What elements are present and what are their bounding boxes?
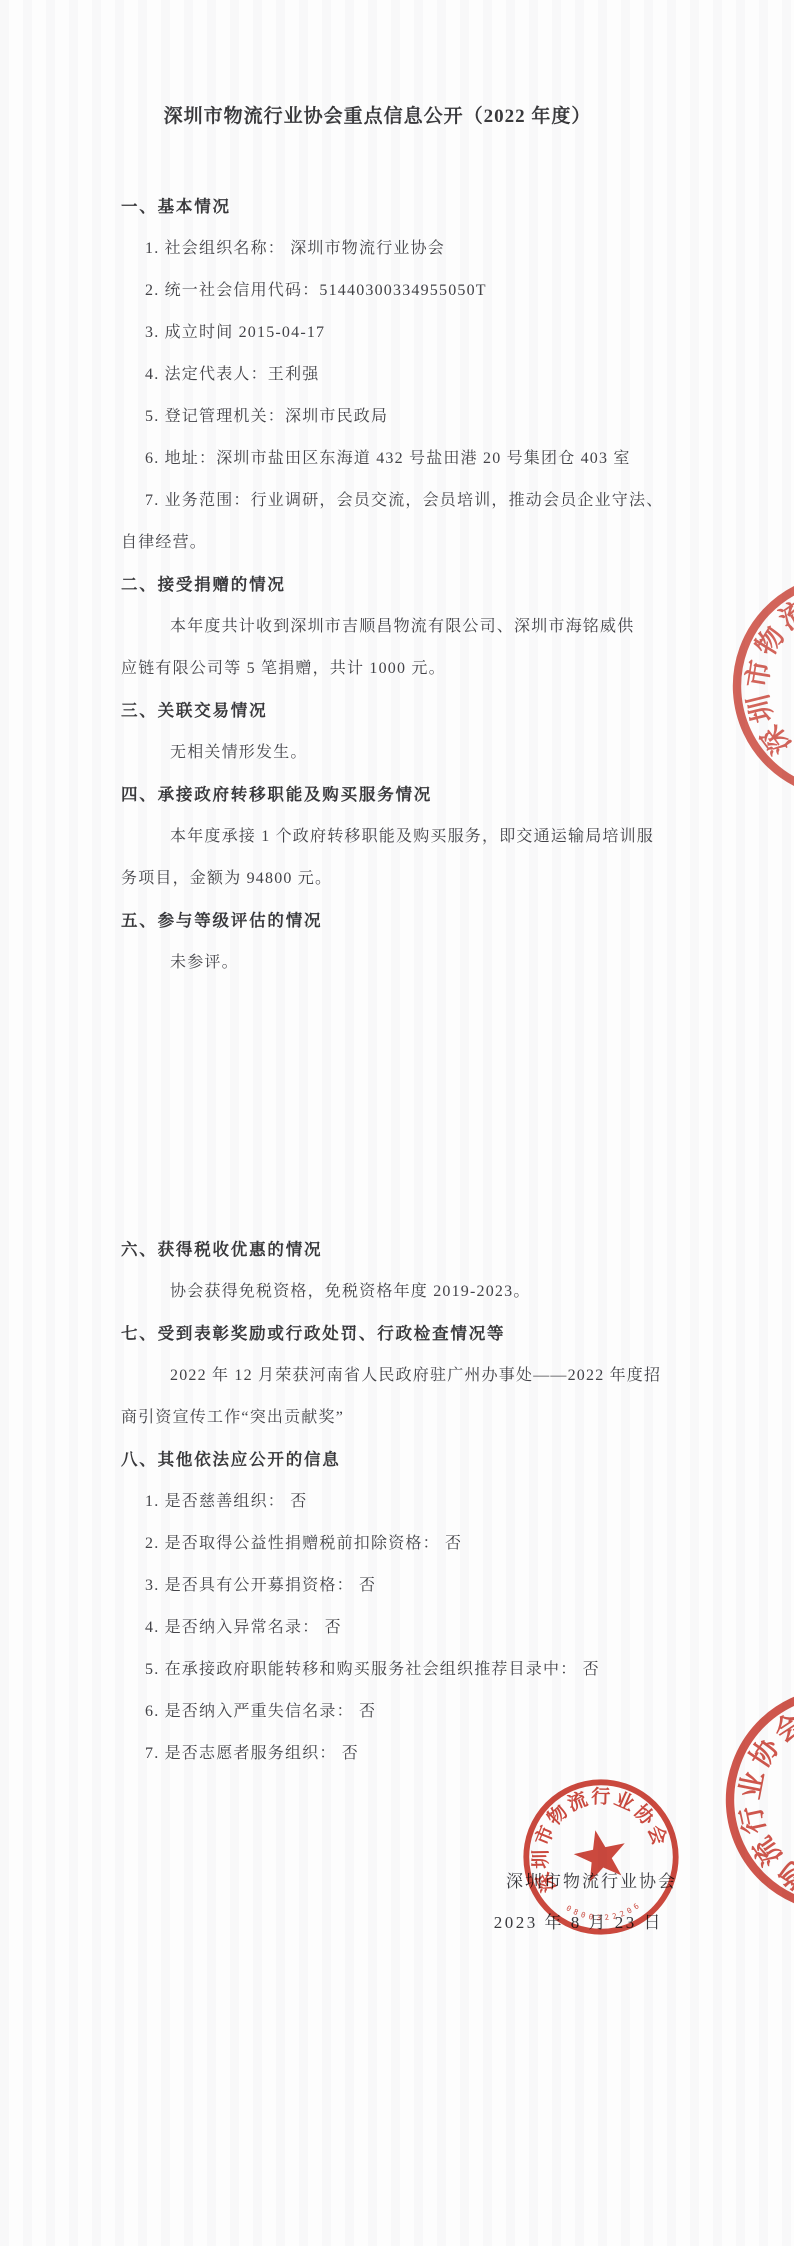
- document-body: 深圳市物流行业协会重点信息公开（2022 年度） 一、基本情况 1. 社会组织名…: [121, 104, 710, 1775]
- doc-line: 4. 是否纳入异常名录： 否: [121, 1607, 710, 1649]
- signature-organization: 深圳市物流行业协会: [506, 1867, 677, 1892]
- document-section-block-1: 一、基本情况 1. 社会组织名称： 深圳市物流行业协会 2. 统一社会信用代码：…: [121, 186, 710, 984]
- section-heading: 五、参与等级评估的情况: [121, 900, 710, 942]
- doc-line: 7. 是否志愿者服务组织： 否: [121, 1733, 710, 1775]
- doc-line: 无相关情形发生。: [121, 732, 710, 774]
- doc-line: 务项目，金额为 94800 元。: [121, 858, 710, 900]
- doc-line: 本年度承接 1 个政府转移职能及购买服务，即交通运输局培训服: [121, 816, 710, 858]
- doc-line: 3. 成立时间 2015-04-17: [121, 312, 710, 354]
- doc-line: 未参评。: [121, 942, 710, 984]
- signature-date: 2023 年 8 月 23 日: [494, 1908, 663, 1933]
- section-heading: 二、接受捐赠的情况: [121, 564, 710, 606]
- document-title: 深圳市物流行业协会重点信息公开（2022 年度）: [83, 104, 672, 130]
- section-heading: 六、获得税收优惠的情况: [121, 1229, 710, 1271]
- doc-line: 5. 在承接政府职能转移和购买服务社会组织推荐目录中： 否: [121, 1649, 710, 1691]
- doc-line: 商引资宣传工作“突出贡献奖”: [121, 1397, 710, 1439]
- doc-line: 应链有限公司等 5 笔捐赠，共计 1000 元。: [121, 648, 710, 690]
- doc-line: 7. 业务范围：行业调研，会员交流，会员培训，推动会员企业守法、: [121, 480, 710, 522]
- section-heading: 四、承接政府转移职能及购买服务情况: [121, 774, 710, 816]
- scanned-document-page: 深圳市物流行业协会重点信息公开（2022 年度） 一、基本情况 1. 社会组织名…: [0, 0, 794, 2246]
- section-heading: 七、受到表彰奖励或行政处罚、行政检查情况等: [121, 1313, 710, 1355]
- doc-line: 本年度共计收到深圳市吉顺昌物流有限公司、深圳市海铭威供: [121, 606, 710, 648]
- doc-line: 6. 地址：深圳市盐田区东海道 432 号盐田港 20 号集团仓 403 室: [121, 438, 710, 480]
- section-heading: 一、基本情况: [121, 186, 710, 228]
- doc-line: 3. 是否具有公开募捐资格： 否: [121, 1565, 710, 1607]
- doc-line: 1. 是否慈善组织： 否: [121, 1481, 710, 1523]
- document-section-block-2: 六、获得税收优惠的情况 协会获得免税资格，免税资格年度 2019-2023。 七…: [121, 1229, 710, 1775]
- doc-line: 5. 登记管理机关：深圳市民政局: [121, 396, 710, 438]
- doc-line: 2022 年 12 月荣获河南省人民政府驻广州办事处——2022 年度招: [121, 1355, 710, 1397]
- doc-line: 2. 统一社会信用代码：51440300334955050T: [121, 270, 710, 312]
- doc-line: 4. 法定代表人：王利强: [121, 354, 710, 396]
- page-break-gap: [121, 984, 710, 1229]
- doc-line: 协会获得免税资格，免税资格年度 2019-2023。: [121, 1271, 710, 1313]
- doc-line: 2. 是否取得公益性捐赠税前扣除资格： 否: [121, 1523, 710, 1565]
- doc-line: 自律经营。: [121, 522, 710, 564]
- doc-line: 1. 社会组织名称： 深圳市物流行业协会: [121, 228, 710, 270]
- doc-line: 6. 是否纳入严重失信名录： 否: [121, 1691, 710, 1733]
- section-heading: 三、关联交易情况: [121, 690, 710, 732]
- section-heading: 八、其他依法应公开的信息: [121, 1439, 710, 1481]
